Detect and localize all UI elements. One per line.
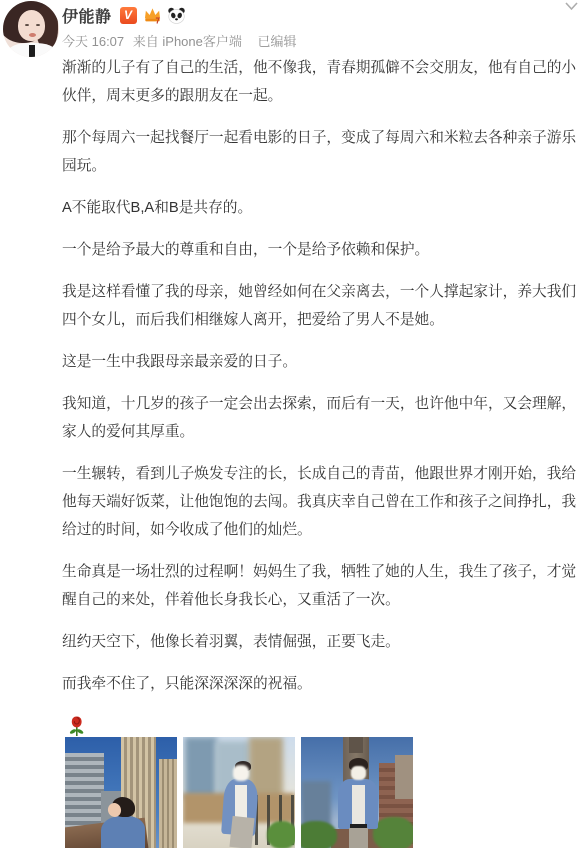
avatar-lips — [29, 33, 36, 37]
vip-crown-badge[interactable]: 7 — [143, 6, 162, 24]
photo2-person — [235, 785, 247, 819]
avatar-eye — [25, 24, 29, 26]
svg-text:7: 7 — [155, 17, 160, 24]
photo3-plant — [373, 817, 413, 848]
photo1-person — [101, 816, 145, 848]
photo3-empire-state-building — [349, 737, 363, 753]
paragraph: 一生辗转，看到儿子焕发专注的长，长成自己的青苗，他跟世界才刚开始，我给他每天端好… — [62, 460, 578, 544]
paragraph: 生命真是一场壮烈的过程啊！妈妈生了我，牺牲了她的人生，我生了孩子，才觉醒自己的来… — [62, 558, 578, 614]
weibo-post: 伊能静 V 7 今天 16:07 来自 iPhone客户端 已编辑 渐渐的儿子有… — [0, 0, 584, 855]
photo3-plant — [301, 821, 337, 848]
paragraph: 渐渐的儿子有了自己的生活，他不像我，青春期孤僻不会交朋友，他有自己的小伙伴，周末… — [62, 54, 578, 110]
paragraph: 一个是给予最大的尊重和自由，一个是给予依赖和保护。 — [62, 236, 578, 264]
photo1-building — [159, 759, 177, 848]
photo-thumbnail-3[interactable] — [301, 737, 413, 848]
photo3-person — [352, 785, 365, 825]
avatar-eye — [36, 24, 40, 26]
photo3-building — [395, 755, 413, 799]
photo2-building — [185, 737, 217, 799]
paragraph: 而我牵不住了，只能深深深深的祝福。 — [62, 670, 578, 698]
avatar-clothing — [29, 45, 35, 57]
rose-emoji — [69, 716, 84, 737]
edited-label: 已编辑 — [258, 34, 297, 49]
paragraph: 这是一生中我跟母亲最亲爱的日子。 — [62, 348, 578, 376]
photo-grid — [65, 737, 413, 848]
avatar[interactable] — [3, 1, 59, 57]
verified-v-badge[interactable]: V — [120, 7, 137, 24]
username[interactable]: 伊能静 — [62, 4, 112, 27]
post-text: 渐渐的儿子有了自己的生活，他不像我，青春期孤僻不会交朋友，他有自己的小伙伴，周末… — [62, 54, 578, 754]
chevron-down-icon[interactable] — [565, 1, 578, 11]
photo2-person — [229, 816, 254, 848]
paragraph: 那个每周六一起找餐厅一起看电影的日子，变成了每周六和米粒去各种亲子游乐园玩。 — [62, 124, 578, 180]
timestamp[interactable]: 今天 16:07 — [62, 34, 124, 49]
paragraph: 我知道，十几岁的孩子一定会出去探索，而后有一天，也许他中年，又会理解，家人的爱何… — [62, 390, 578, 446]
post-meta: 今天 16:07 来自 iPhone客户端 已编辑 — [62, 31, 297, 50]
source-client[interactable]: 来自 iPhone客户端 — [133, 34, 242, 49]
paragraph: 我是这样看懂了我的母亲，她曾经如何在父亲离去，一个人撑起家计，养大我们四个女儿，… — [62, 278, 578, 334]
photo3-person — [349, 828, 368, 848]
photo-thumbnail-1[interactable] — [65, 737, 177, 848]
photo3-blurred-face — [351, 766, 366, 780]
paragraph: 纽约天空下，他像长着羽翼，表情倔强，正要飞走。 — [62, 628, 578, 656]
panda-badge-icon[interactable] — [167, 7, 186, 24]
photo2-blurred-face — [233, 765, 249, 781]
photo-thumbnail-2[interactable] — [183, 737, 295, 848]
paragraph: A不能取代B,A和B是共存的。 — [62, 194, 578, 222]
photo2-plant — [267, 821, 295, 848]
post-header: 伊能静 V 7 — [62, 5, 186, 25]
rose-paragraph — [62, 712, 578, 740]
